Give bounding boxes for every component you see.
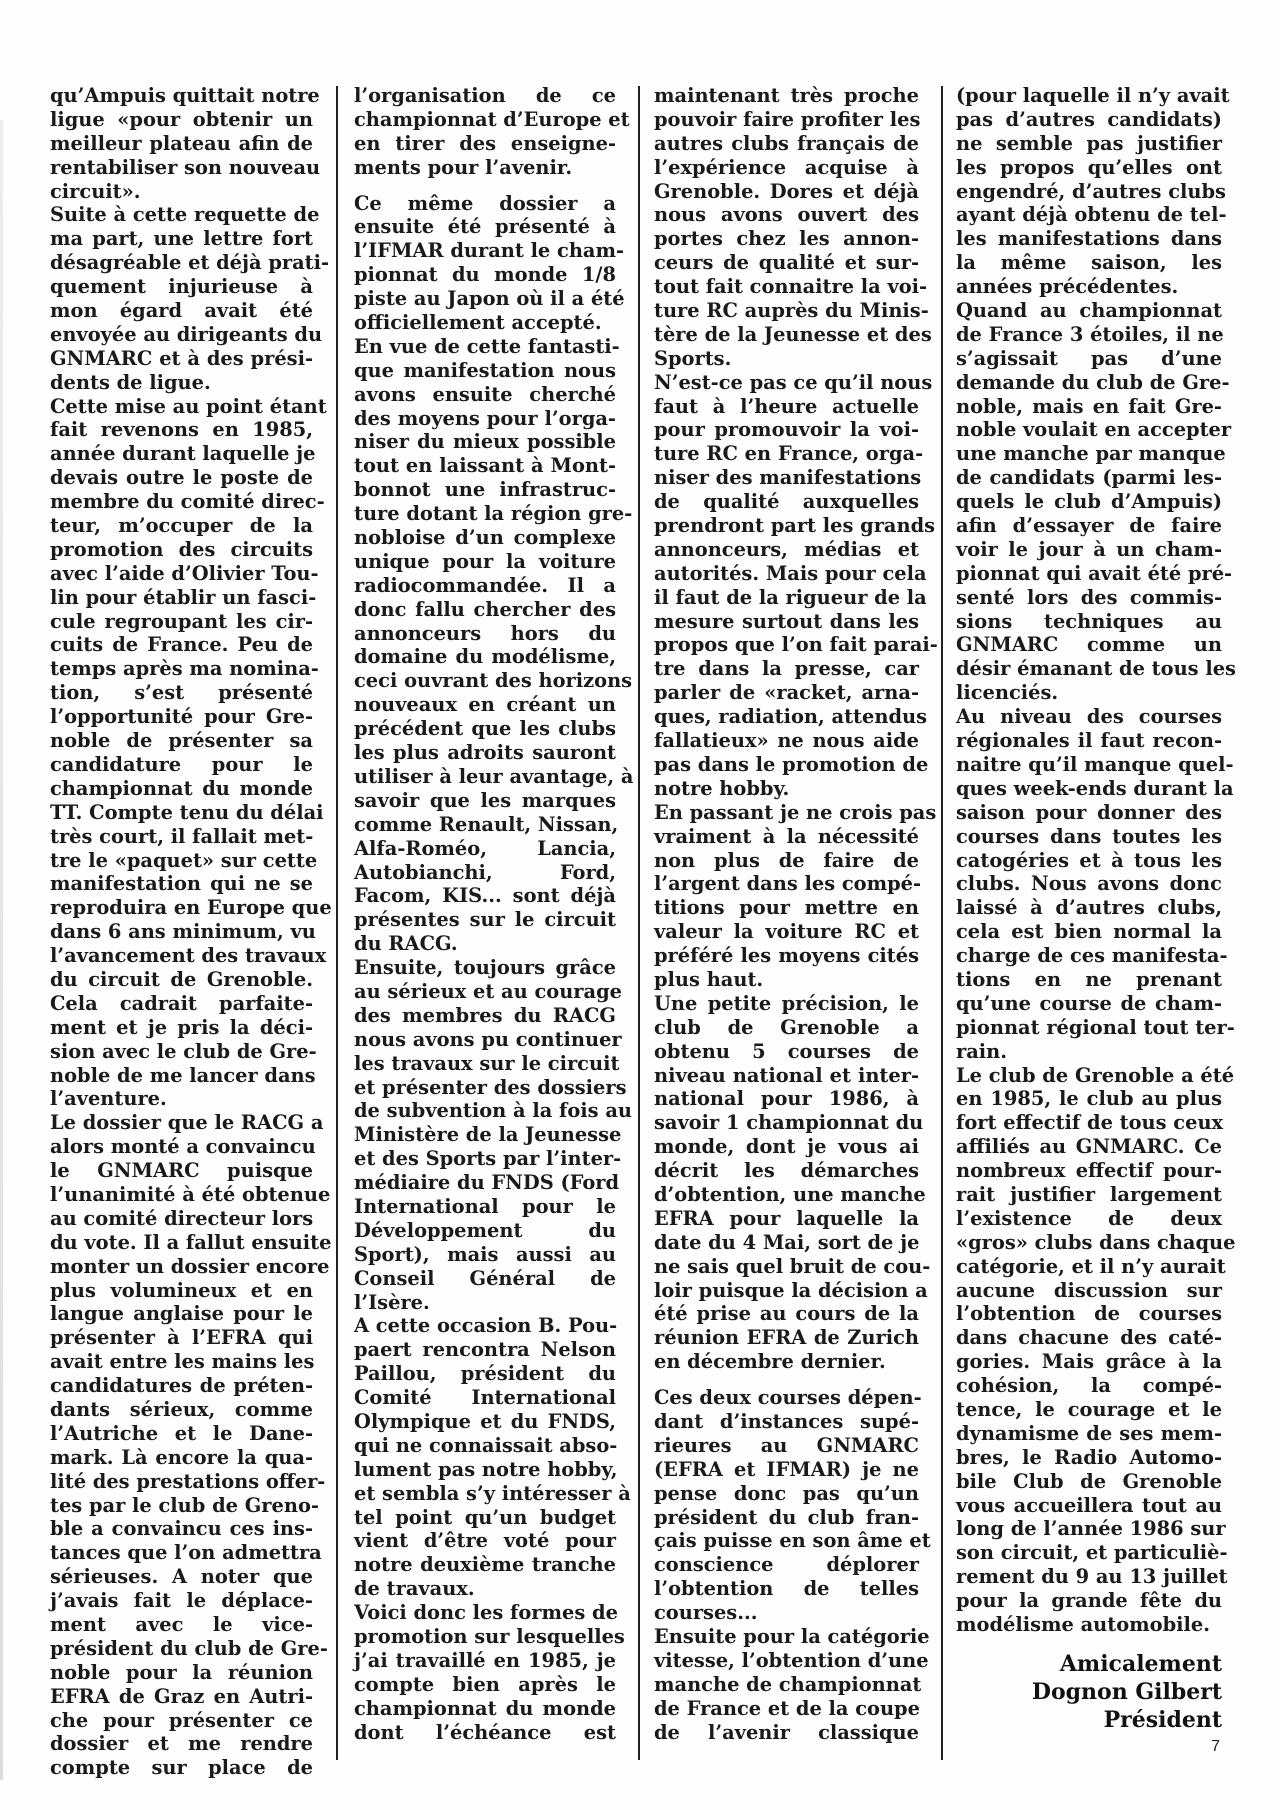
text-line: le GNMARC puisque <box>50 1159 313 1183</box>
text-line: nobloise d’un complexe <box>354 526 616 550</box>
text-line: de qualité auxquelles <box>654 490 919 514</box>
text-line: au sérieux et au courage <box>354 980 616 1004</box>
text-line: Cette mise au point étant <box>50 395 313 419</box>
article-column-2: l’organisation de cechampionnat d’Europe… <box>354 84 616 1744</box>
text-line: EFRA pour laquelle la <box>654 1207 919 1231</box>
text-line: niser des manifestations <box>654 466 919 490</box>
text-line: tout en laissant à Mont- <box>354 454 616 478</box>
text-line: membre du comité direc- <box>50 490 313 514</box>
text-line: laissé à d’autres clubs, <box>956 896 1222 920</box>
text-line: Ce même dossier a <box>354 192 616 216</box>
page-edge-shadow <box>0 120 3 1780</box>
text-line: Ces deux courses dépen- <box>654 1386 919 1410</box>
text-line: en tirer des enseigne- <box>354 132 616 156</box>
text-line: gories. Mais grâce à la <box>956 1350 1222 1374</box>
text-line: N’est-ce pas ce qu’il nous <box>654 371 919 395</box>
text-line: TT. Compte tenu du délai <box>50 801 313 825</box>
text-line: Développement du <box>354 1219 616 1243</box>
text-line: modélisme automobile. <box>956 1613 1222 1637</box>
text-line: j’avais fait le déplace- <box>50 1589 313 1613</box>
text-line: unique pour la voiture <box>354 550 616 574</box>
text-line: il faut de la rigueur de la <box>654 586 919 610</box>
text-line: qu’une course de cham- <box>956 992 1222 1016</box>
text-line: alors monté a convaincu <box>50 1135 313 1159</box>
text-line: noble pour la réunion <box>50 1661 313 1685</box>
text-line: son circuit, et particuliè- <box>956 1541 1222 1565</box>
text-line: prendront part les grands <box>654 514 919 538</box>
text-line: Facom, KIS... sont déjà <box>354 884 616 908</box>
text-line: cela est bien normal la <box>956 920 1222 944</box>
text-line: afin d’essayer de faire <box>956 514 1222 538</box>
text-line: vraiment à la nécessité <box>654 825 919 849</box>
text-line: portes chez les annon- <box>654 227 919 251</box>
text-line: ture dotant la région gre- <box>354 502 616 526</box>
text-line: club de Grenoble a <box>654 1016 919 1040</box>
article-paragraph: En vue de cette fantasti-que manifestati… <box>354 335 616 956</box>
article-paragraph: Ensuite, toujours grâceau sérieux et au … <box>354 956 616 1314</box>
text-line: dossier et me rendre <box>50 1732 313 1756</box>
text-line: demande du club de Gre- <box>956 371 1222 395</box>
text-line: «gros» clubs dans chaque <box>956 1231 1222 1255</box>
article-paragraph: Quand au championnatde France 3 étoiles,… <box>956 299 1222 705</box>
text-line: tre le «paquet» sur cette <box>50 849 313 873</box>
text-line: rain. <box>956 1040 1222 1064</box>
text-line: courses dans toutes les <box>956 825 1222 849</box>
text-line: notre hobby. <box>654 777 919 801</box>
text-line: l’opportunité pour Gre- <box>50 705 313 729</box>
text-line: ligue «pour obtenir un <box>50 108 313 132</box>
text-line: national pour 1986, à <box>654 1087 919 1111</box>
article-paragraph: Ce même dossier aensuite été présenté àl… <box>354 192 616 335</box>
text-line: tion, s’est présenté <box>50 681 313 705</box>
text-line: pionnat du monde 1/8 <box>354 263 616 287</box>
text-line: Sport), mais aussi au <box>354 1243 616 1267</box>
text-line: présentes sur le circuit <box>354 908 616 932</box>
text-line: noble voulait en accepter <box>956 418 1222 442</box>
text-line: pense donc pas qu’un <box>654 1482 919 1506</box>
text-line: senté lors des commis- <box>956 586 1222 610</box>
text-line: lin pour établir un fasci- <box>50 586 313 610</box>
text-line: non plus de faire de <box>654 849 919 873</box>
text-line: s’agissait pas d’une <box>956 347 1222 371</box>
text-line: plus haut. <box>654 968 919 992</box>
text-line: naitre qu’il manque quel- <box>956 753 1222 777</box>
text-line: ma part, une lettre fort <box>50 227 313 251</box>
text-line: présenter à l’EFRA qui <box>50 1326 313 1350</box>
text-line: promotion des circuits <box>50 538 313 562</box>
text-line: l’organisation de ce <box>354 84 616 108</box>
text-line: cohésion, la compé- <box>956 1374 1222 1398</box>
text-line: Autobianchi, Ford, <box>354 861 616 885</box>
text-line: du vote. Il a fallut ensuite <box>50 1231 313 1255</box>
article-paragraph: Le dossier que le RACG aalors monté a co… <box>50 1111 313 1780</box>
text-line: En passant je ne crois pas <box>654 801 919 825</box>
text-line: tout fait connaitre la voi- <box>654 275 919 299</box>
text-line: de candidats (parmi les- <box>956 466 1222 490</box>
text-line: et sembla s’y intéresser à <box>354 1482 616 1506</box>
text-line: dents de ligue. <box>50 371 313 395</box>
text-line: fallatieux» ne nous aide <box>654 729 919 753</box>
text-line: une manche par manque <box>956 442 1222 466</box>
text-line: sérieuses. A noter que <box>50 1565 313 1589</box>
text-line: j’ai travaillé en 1985, je <box>354 1649 616 1673</box>
page-number: 7 <box>1211 1738 1220 1756</box>
text-line: candidatures de préten- <box>50 1374 313 1398</box>
text-line: de l’avenir classique <box>654 1721 919 1745</box>
text-line: parler de «racket, arna- <box>654 681 919 705</box>
text-line: les travaux sur le circuit <box>354 1052 616 1076</box>
text-line: réunion EFRA de Zurich <box>654 1326 919 1350</box>
article-paragraph: Le club de Grenoble a étéen 1985, le clu… <box>956 1064 1222 1637</box>
text-line: loir puisque la décision a <box>654 1279 919 1303</box>
text-line: l’argent dans les compé- <box>654 872 919 896</box>
text-line: Au niveau des courses <box>956 705 1222 729</box>
text-line: langue anglaise pour le <box>50 1302 313 1326</box>
text-line: temps après ma nomina- <box>50 657 313 681</box>
text-line: devais outre le poste de <box>50 466 313 490</box>
text-line: médiaire du FNDS (Ford <box>354 1171 616 1195</box>
text-line: Une petite précision, le <box>654 992 919 1016</box>
text-line: dynamisme de ses mem- <box>956 1422 1222 1446</box>
article-paragraph: En passant je ne crois pasvraiment à la … <box>654 801 919 992</box>
text-line: tence, le courage et le <box>956 1398 1222 1422</box>
text-line: de subvention à la fois au <box>354 1099 616 1123</box>
text-line: tes par le club de Greno- <box>50 1494 313 1518</box>
text-line: avec l’aide d’Olivier Tou- <box>50 562 313 586</box>
text-line: mark. Là encore la qua- <box>50 1446 313 1470</box>
text-line: ne semble pas justifier <box>956 132 1222 156</box>
text-line: (pour laquelle il n’y avait <box>956 84 1222 108</box>
signature-title: Président <box>1032 1706 1222 1734</box>
text-line: rieures au GNMARC <box>654 1434 919 1458</box>
text-line: rait justifier largement <box>956 1183 1222 1207</box>
text-line: de France 3 étoiles, il ne <box>956 323 1222 347</box>
text-line: envoyée au dirigeants du <box>50 323 313 347</box>
text-line: pionnat régional tout ter- <box>956 1016 1222 1040</box>
text-line: l’existence de deux <box>956 1207 1222 1231</box>
text-line: ensuite été présenté à <box>354 215 616 239</box>
article-paragraph: Au niveau des coursesrégionales il faut … <box>956 705 1222 1063</box>
article-paragraph: N’est-ce pas ce qu’il nousfaut à l’heure… <box>654 371 919 801</box>
text-line: titions pour mettre en <box>654 896 919 920</box>
text-line: engendré, d’autres clubs <box>956 180 1222 204</box>
text-line: précédent que les clubs <box>354 717 616 741</box>
text-line: ment avec le vice- <box>50 1613 313 1637</box>
text-line: licenciés. <box>956 681 1222 705</box>
text-line: comme Renault, Nissan, <box>354 813 616 837</box>
text-line: et des Sports par l’inter- <box>354 1147 616 1171</box>
text-line: très court, il fallait met- <box>50 825 313 849</box>
text-line: bres, le Radio Automo- <box>956 1446 1222 1470</box>
signature-name: Dognon Gilbert <box>1032 1678 1222 1706</box>
text-line: aucune discussion sur <box>956 1279 1222 1303</box>
text-line: utiliser à leur avantage, à <box>354 765 616 789</box>
text-line: tions en ne prenant <box>956 968 1222 992</box>
text-line: d’obtention, une manche <box>654 1183 919 1207</box>
text-line: International pour le <box>354 1195 616 1219</box>
text-line: championnat d’Europe et <box>354 108 616 132</box>
text-line: quement injurieuse à <box>50 275 313 299</box>
text-line: GNMARC comme un <box>956 633 1222 657</box>
text-line: saison pour donner des <box>956 801 1222 825</box>
magazine-page: qu’Ampuis quittait notreligue «pour obte… <box>0 0 1280 1810</box>
text-line: pionnat qui avait été pré- <box>956 562 1222 586</box>
text-line: Voici donc les formes de <box>354 1601 616 1625</box>
text-line: circuit». <box>50 180 313 204</box>
article-column-3: maintenant très prochepouvoir faire prof… <box>654 84 919 1744</box>
text-line: ture RC en France, orga- <box>654 442 919 466</box>
text-line: l’aventure. <box>50 1087 313 1111</box>
text-line: (EFRA et IFMAR) je ne <box>654 1458 919 1482</box>
text-line: rement du 9 au 13 juillet <box>956 1565 1222 1589</box>
text-line: sions techniques au <box>956 610 1222 634</box>
text-line: lument pas notre hobby, <box>354 1458 616 1482</box>
text-line: pas dans le promotion de <box>654 753 919 777</box>
paragraph-spacer <box>354 180 616 192</box>
column-divider-3 <box>941 86 943 1760</box>
text-line: GNMARC et à des prési- <box>50 347 313 371</box>
text-line: voir le jour à un cham- <box>956 538 1222 562</box>
text-line: ture RC auprès du Minis- <box>654 299 919 323</box>
text-line: donc fallu chercher des <box>354 598 616 622</box>
article-paragraph: Ensuite pour la catégorievitesse, l’obte… <box>654 1625 919 1744</box>
text-line: bonnot une infrastruc- <box>354 478 616 502</box>
text-line: du RACG. <box>354 932 616 956</box>
text-line: promotion sur lesquelles <box>354 1625 616 1649</box>
text-line: désagréable et déjà prati- <box>50 251 313 275</box>
text-line: Alfa-Roméo, Lancia, <box>354 837 616 861</box>
text-line: noble, mais en fait Gre- <box>956 395 1222 419</box>
text-line: Quand au championnat <box>956 299 1222 323</box>
text-line: noble de me lancer dans <box>50 1064 313 1088</box>
text-line: affiliés au GNMARC. Ce <box>956 1135 1222 1159</box>
text-line: nous avons ouvert des <box>654 203 919 227</box>
article-paragraph: A cette occasion B. Pou-paert rencontra … <box>354 1314 616 1601</box>
text-line: EFRA de Graz en Autri- <box>50 1685 313 1709</box>
text-line: manche de championnat <box>654 1673 919 1697</box>
text-line: désir émanant de tous les <box>956 657 1222 681</box>
text-line: Ministère de la Jeunesse <box>354 1123 616 1147</box>
column-divider-1 <box>336 86 338 1760</box>
text-line: dans chacune des caté- <box>956 1326 1222 1350</box>
text-line: obtenu 5 courses de <box>654 1040 919 1064</box>
text-line: clubs. Nous avons donc <box>956 872 1222 896</box>
text-line: mon égard avait été <box>50 299 313 323</box>
text-line: monde, dont je vous ai <box>654 1135 919 1159</box>
article-paragraph: maintenant très prochepouvoir faire prof… <box>654 84 919 371</box>
text-line: niser du mieux possible <box>354 430 616 454</box>
text-line: Ensuite pour la catégorie <box>654 1625 919 1649</box>
text-line: ble a convaincu ces ins- <box>50 1517 313 1541</box>
text-line: Le club de Grenoble a été <box>956 1064 1222 1088</box>
text-line: championnat du monde <box>354 1697 616 1721</box>
text-line: dont l’échéance est <box>354 1721 616 1745</box>
article-paragraph: (pour laquelle il n’y avaitpas d’autres … <box>956 84 1222 299</box>
text-line: Grenoble. Dores et déjà <box>654 180 919 204</box>
text-line: valeur la voiture RC et <box>654 920 919 944</box>
text-line: et présenter des dossiers <box>354 1076 616 1100</box>
text-line: ceurs de qualité et sur- <box>654 251 919 275</box>
text-line: l’Autriche et le Dane- <box>50 1422 313 1446</box>
text-line: autorités. Mais pour cela <box>654 562 919 586</box>
text-line: vient d’être voté pour <box>354 1529 616 1553</box>
text-line: l’Isère. <box>354 1291 616 1315</box>
text-line: pour la grande fête du <box>956 1589 1222 1613</box>
text-line: En vue de cette fantasti- <box>354 335 616 359</box>
text-line: avons ensuite cherché <box>354 383 616 407</box>
text-line: Sports. <box>654 347 919 371</box>
text-line: A cette occasion B. Pou- <box>354 1314 616 1338</box>
text-line: président du club fran- <box>654 1506 919 1530</box>
signature-block: Amicalement Dognon Gilbert Président <box>1032 1650 1222 1734</box>
article-column-1: qu’Ampuis quittait notreligue «pour obte… <box>50 84 313 1780</box>
text-line: les manifestations dans <box>956 227 1222 251</box>
text-line: les plus adroits sauront <box>354 741 616 765</box>
text-line: pouvoir faire profiter les <box>654 108 919 132</box>
text-line: conscience déplorer <box>654 1553 919 1577</box>
text-line: pas d’autres candidats) <box>956 108 1222 132</box>
text-line: Suite à cette requette de <box>50 203 313 227</box>
text-line: nouveaux en créant un <box>354 693 616 717</box>
text-line: cule regroupant les cir- <box>50 610 313 634</box>
signature-closing: Amicalement <box>1032 1650 1222 1678</box>
text-line: autres clubs français de <box>654 132 919 156</box>
text-line: Ensuite, toujours grâce <box>354 956 616 980</box>
article-paragraph: Voici donc les formes depromotion sur le… <box>354 1601 616 1744</box>
text-line: monter un dossier encore <box>50 1255 313 1279</box>
text-line: annonceurs, médias et <box>654 538 919 562</box>
text-line: annonceurs hors du <box>354 622 616 646</box>
text-line: Cela cadrait parfaite- <box>50 992 313 1016</box>
text-line: régionales il faut recon- <box>956 729 1222 753</box>
text-line: meilleur plateau afin de <box>50 132 313 156</box>
text-line: çais puisse en son âme et <box>654 1529 919 1553</box>
text-line: été prise au cours de la <box>654 1302 919 1326</box>
text-line: tère de la Jeunesse et des <box>654 323 919 347</box>
text-line: l’avancement des travaux <box>50 944 313 968</box>
text-line: tances que l’on admettra <box>50 1541 313 1565</box>
text-line: préféré les moyens cités <box>654 944 919 968</box>
text-line: sion avec le club de Gre- <box>50 1040 313 1064</box>
text-line: pour promouvoir la voi- <box>654 418 919 442</box>
text-line: courses... <box>654 1601 919 1625</box>
column-divider-2 <box>638 86 640 1760</box>
text-line: dant d’instances supé- <box>654 1410 919 1434</box>
text-line: propos que l’on fait parai- <box>654 633 919 657</box>
text-line: domaine du modélisme, <box>354 645 616 669</box>
text-line: fort effectif de tous ceux <box>956 1111 1222 1135</box>
article-column-4: (pour laquelle il n’y avaitpas d’autres … <box>956 84 1222 1637</box>
text-line: dants sérieux, comme <box>50 1398 313 1422</box>
text-line: officiellement accepté. <box>354 311 616 335</box>
text-line: ment et je pris la déci- <box>50 1016 313 1040</box>
text-line: rentabiliser son nouveau <box>50 156 313 180</box>
text-line: cuits de France. Peu de <box>50 633 313 657</box>
text-line: ments pour l’avenir. <box>354 156 616 180</box>
text-line: maintenant très proche <box>654 84 919 108</box>
text-line: au comité directeur lors <box>50 1207 313 1231</box>
article-paragraph: Ces deux courses dépen-dant d’instances … <box>654 1386 919 1625</box>
text-line: faut à l’heure actuelle <box>654 395 919 419</box>
text-line: ayant déjà obtenu de tel- <box>956 203 1222 227</box>
text-line: piste au Japon où il a été <box>354 287 616 311</box>
text-line: Paillou, président du <box>354 1362 616 1386</box>
text-line: fait revenons en 1985, <box>50 418 313 442</box>
text-line: dans 6 ans minimum, vu <box>50 920 313 944</box>
text-line: charge de ces manifesta- <box>956 944 1222 968</box>
text-line: notre deuxième tranche <box>354 1553 616 1577</box>
text-line: de France et de la coupe <box>654 1697 919 1721</box>
text-line: ceci ouvrant des horizons <box>354 669 616 693</box>
text-line: manifestation qui ne se <box>50 872 313 896</box>
text-line: Le dossier que le RACG a <box>50 1111 313 1135</box>
text-line: de travaux. <box>354 1577 616 1601</box>
text-line: compte sur place de <box>50 1756 313 1780</box>
text-line: l’unanimité à été obtenue <box>50 1183 313 1207</box>
text-line: date du 4 Mai, sort de je <box>654 1231 919 1255</box>
text-line: président du club de Gre- <box>50 1637 313 1661</box>
text-line: vitesse, l’obtention d’une <box>654 1649 919 1673</box>
text-line: lité des prestations offer- <box>50 1470 313 1494</box>
text-line: tre dans la presse, car <box>654 657 919 681</box>
text-line: compte bien après le <box>354 1673 616 1697</box>
text-line: savoir 1 championnat du <box>654 1111 919 1135</box>
text-line: vous accueillera tout au <box>956 1494 1222 1518</box>
paragraph-spacer <box>654 1374 919 1386</box>
text-line: championnat du monde <box>50 777 313 801</box>
text-line: paert rencontra Nelson <box>354 1338 616 1362</box>
text-line: niveau national et inter- <box>654 1064 919 1088</box>
text-line: que manifestation nous <box>354 359 616 383</box>
text-line: les propos qu’elles ont <box>956 156 1222 180</box>
text-line: qui ne connaissait abso- <box>354 1434 616 1458</box>
text-line: mesure surtout dans les <box>654 610 919 634</box>
text-line: bile Club de Grenoble <box>956 1470 1222 1494</box>
text-line: candidature pour le <box>50 753 313 777</box>
text-line: décrit les démarches <box>654 1159 919 1183</box>
article-paragraph: Cette mise au point étantfait revenons e… <box>50 395 313 1112</box>
text-line: qu’Ampuis quittait notre <box>50 84 313 108</box>
text-line: avait entre les mains les <box>50 1350 313 1374</box>
text-line: en décembre dernier. <box>654 1350 919 1374</box>
text-line: quels le club d’Ampuis) <box>956 490 1222 514</box>
text-line: che pour présenter ce <box>50 1709 313 1733</box>
text-line: plus volumineux et en <box>50 1279 313 1303</box>
text-line: ques, radiation, attendus <box>654 705 919 729</box>
text-line: des moyens pour l’orga- <box>354 407 616 431</box>
text-line: ne sais quel bruit de cou- <box>654 1255 919 1279</box>
text-line: long de l’année 1986 sur <box>956 1517 1222 1541</box>
text-line: nous avons pu continuer <box>354 1028 616 1052</box>
text-line: année durant laquelle je <box>50 442 313 466</box>
text-line: noble de présenter sa <box>50 729 313 753</box>
text-line: années précédentes. <box>956 275 1222 299</box>
text-line: des membres du RACG <box>354 1004 616 1028</box>
text-line: l’IFMAR durant le cham- <box>354 239 616 263</box>
text-line: reproduira en Europe que <box>50 896 313 920</box>
text-line: catogéries et à tous les <box>956 849 1222 873</box>
text-line: Comité International <box>354 1386 616 1410</box>
text-line: l’obtention de telles <box>654 1577 919 1601</box>
article-paragraph: Une petite précision, leclub de Grenoble… <box>654 992 919 1374</box>
text-line: l’obtention de courses <box>956 1302 1222 1326</box>
article-paragraph: l’organisation de cechampionnat d’Europe… <box>354 84 616 180</box>
text-line: en 1985, le club au plus <box>956 1087 1222 1111</box>
text-line: radiocommandée. Il a <box>354 574 616 598</box>
text-line: tel point qu’un budget <box>354 1506 616 1530</box>
article-paragraph: Suite à cette requette dema part, une le… <box>50 203 313 394</box>
text-line: Conseil Général de <box>354 1267 616 1291</box>
